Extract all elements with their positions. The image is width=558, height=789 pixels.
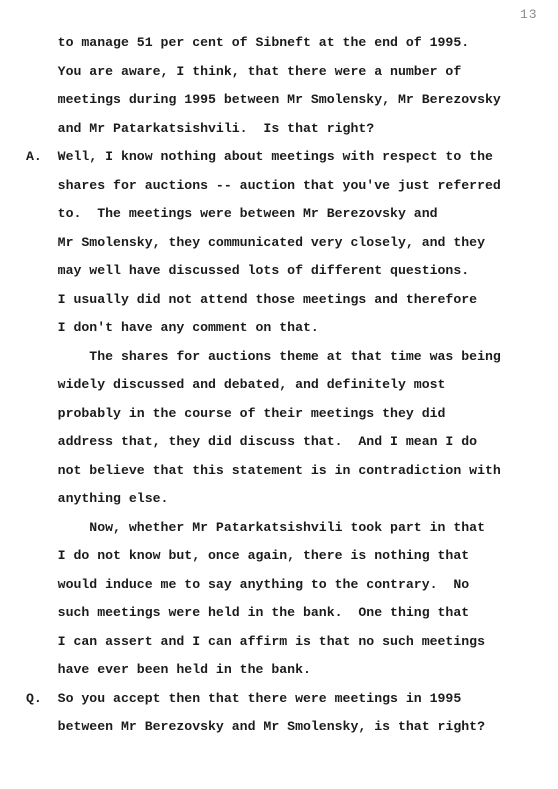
transcript-text: to manage 51 per cent of Sibneft at the … <box>26 29 501 742</box>
page-number: 13 <box>520 7 538 23</box>
document-page: 13 to manage 51 per cent of Sibneft at t… <box>0 0 558 789</box>
